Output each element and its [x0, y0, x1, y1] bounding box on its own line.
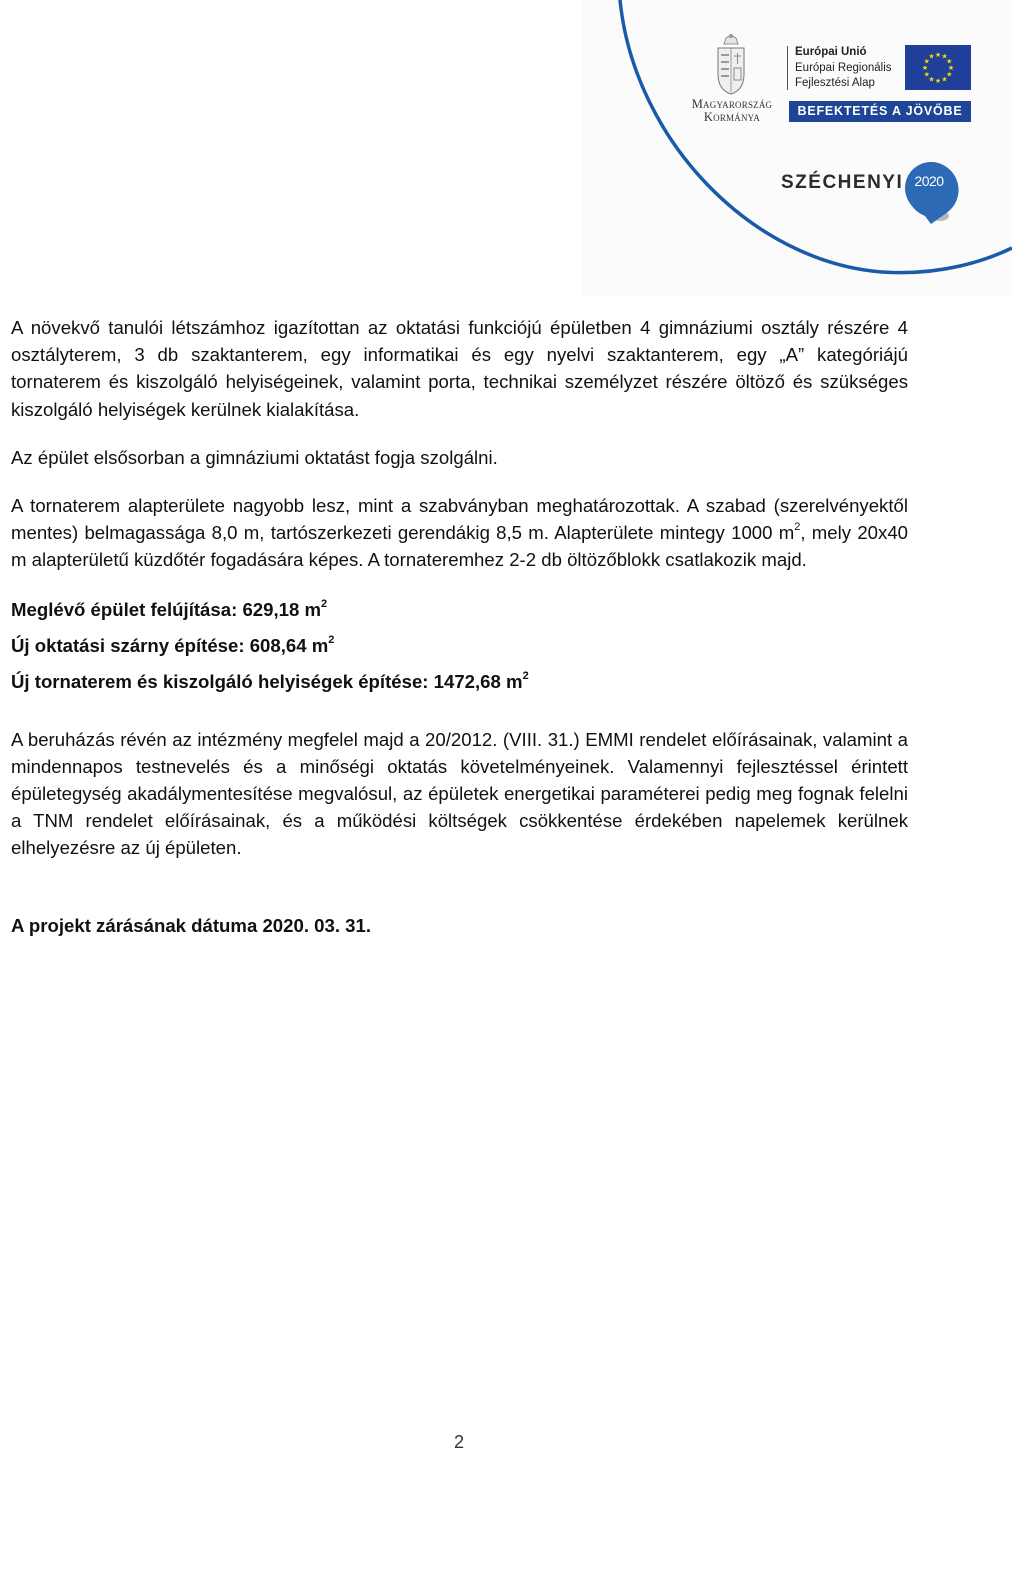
document-body: A növekvő tanulói létszámhoz igazítottan…	[11, 314, 908, 939]
paragraph-building-description: A növekvő tanulói létszámhoz igazítottan…	[11, 314, 908, 423]
eu-flag-icon: ★★★★★★★★★★★★	[905, 45, 971, 90]
header-logo-block: Magyarország Kormánya Európai Unió Európ…	[582, 0, 1012, 297]
invest-banner: BEFEKTETÉS A JÖVŐBE	[789, 101, 971, 122]
area-new-gym: Új tornaterem és kiszolgáló helyiségek é…	[11, 668, 908, 696]
program-year: 2020	[903, 173, 955, 189]
page-number: 2	[0, 1432, 918, 1453]
hungarian-coat-of-arms-icon	[714, 34, 748, 96]
government-name: Magyarország Kormánya	[682, 98, 782, 124]
svg-text:★: ★	[928, 53, 934, 61]
map-pin-icon	[900, 160, 962, 226]
eu-divider	[787, 46, 788, 90]
paragraph-investment-outcome: A beruházás révén az intézmény megfelel …	[11, 726, 908, 862]
paragraph-gym-details: A tornaterem alapterülete nagyobb lesz, …	[11, 492, 908, 574]
area-renovation: Meglévő épület felújítása: 629,18 m2	[11, 596, 908, 624]
project-closing-date: A projekt zárásának dátuma 2020. 03. 31.	[11, 912, 908, 939]
eu-fund-name: Európai Unió Európai Regionális Fejleszt…	[795, 45, 892, 92]
paragraph-purpose: Az épület elsősorban a gimnáziumi oktatá…	[11, 444, 908, 471]
svg-text:★: ★	[935, 51, 941, 59]
area-new-wing: Új oktatási szárny építése: 608,64 m2	[11, 632, 908, 660]
svg-text:★: ★	[935, 77, 941, 85]
szechenyi-wordmark: SZÉCHENYI	[781, 172, 903, 194]
svg-text:★: ★	[941, 75, 947, 83]
